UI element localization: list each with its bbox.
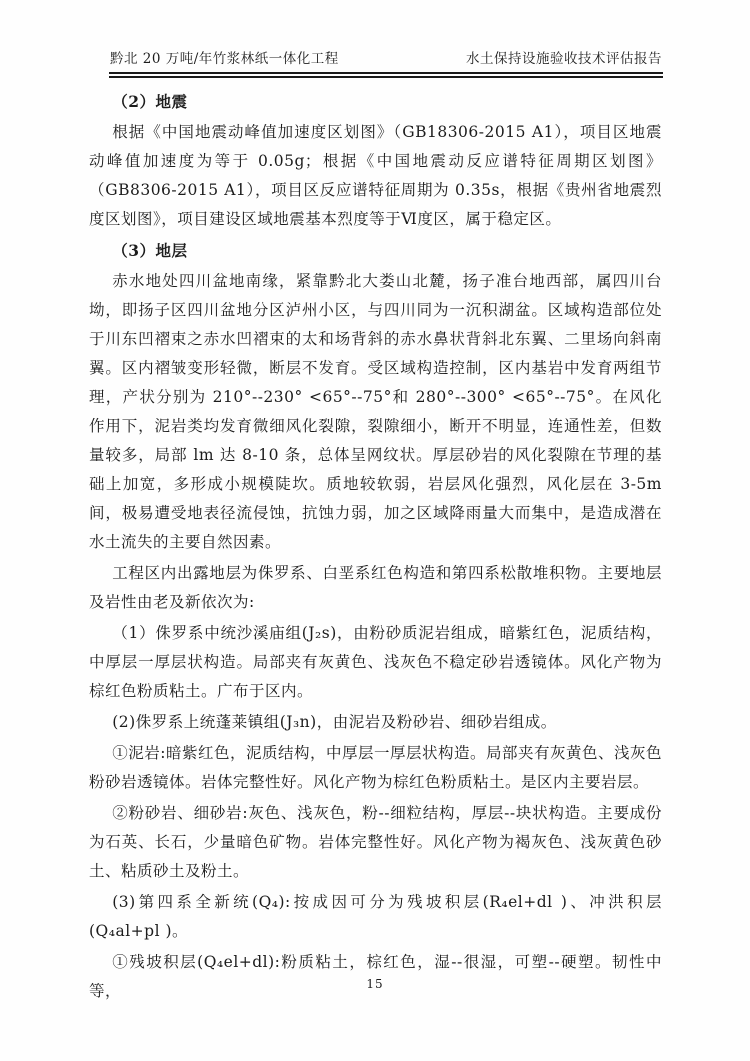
paragraph-quaternary: (3)第四系全新统(Q₄):按成因可分为残坡积层(R₄el+dl )、冲洪积层(… [89,888,662,946]
paragraph-regional-geology: 赤水地处四川盆地南缘，紧靠黔北大娄山北麓，扬子准台地西部，属四川台坳，即扬子区四… [89,267,662,557]
paragraph-siltstone: ②粉砂岩、细砂岩:灰色、浅灰色，粉--细粒结构，厚层--块状构造。主要成份为石英… [89,799,662,886]
paragraph-earthquake: 根据《中国地震动峰值加速度区划图》（GB18306-2015 A1），项目区地震… [89,118,662,234]
section-heading-strata: （3）地层 [89,236,662,265]
paragraph-strata-overview: 工程区内出露地层为侏罗系、白垩系红色构造和第四系松散堆积物。主要地层及岩性由老及… [89,559,662,617]
document-body: （2）地震 根据《中国地震动峰值加速度区划图》（GB18306-2015 A1）… [89,87,662,1006]
header-double-rule [109,72,663,78]
paragraph-jurassic-penglaizhen: (2)侏罗系上统蓬莱镇组(J₃n)，由泥岩及粉砂岩、细砂岩组成。 [89,708,662,737]
header-project-title: 黔北 20 万吨/年竹浆林纸一体化工程 [110,47,339,67]
page-header: 黔北 20 万吨/年竹浆林纸一体化工程 水土保持设施验收技术评估报告 [110,47,662,67]
section-heading-earthquake: （2）地震 [89,87,662,116]
paragraph-mudstone: ①泥岩:暗紫红色，泥质结构，中厚层一厚层状构造。局部夹有灰黄色、浅灰色粉砂岩透镜… [89,739,662,797]
paragraph-jurassic-shaximiao: （1）侏罗系中统沙溪庙组(J₂s)，由粉砂质泥岩组成，暗紫红色，泥质结构，中厚层… [89,619,662,706]
page-number: 15 [0,977,750,991]
document-page: 黔北 20 万吨/年竹浆林纸一体化工程 水土保持设施验收技术评估报告 （2）地震… [0,0,750,1061]
header-report-title: 水土保持设施验收技术评估报告 [466,47,662,67]
